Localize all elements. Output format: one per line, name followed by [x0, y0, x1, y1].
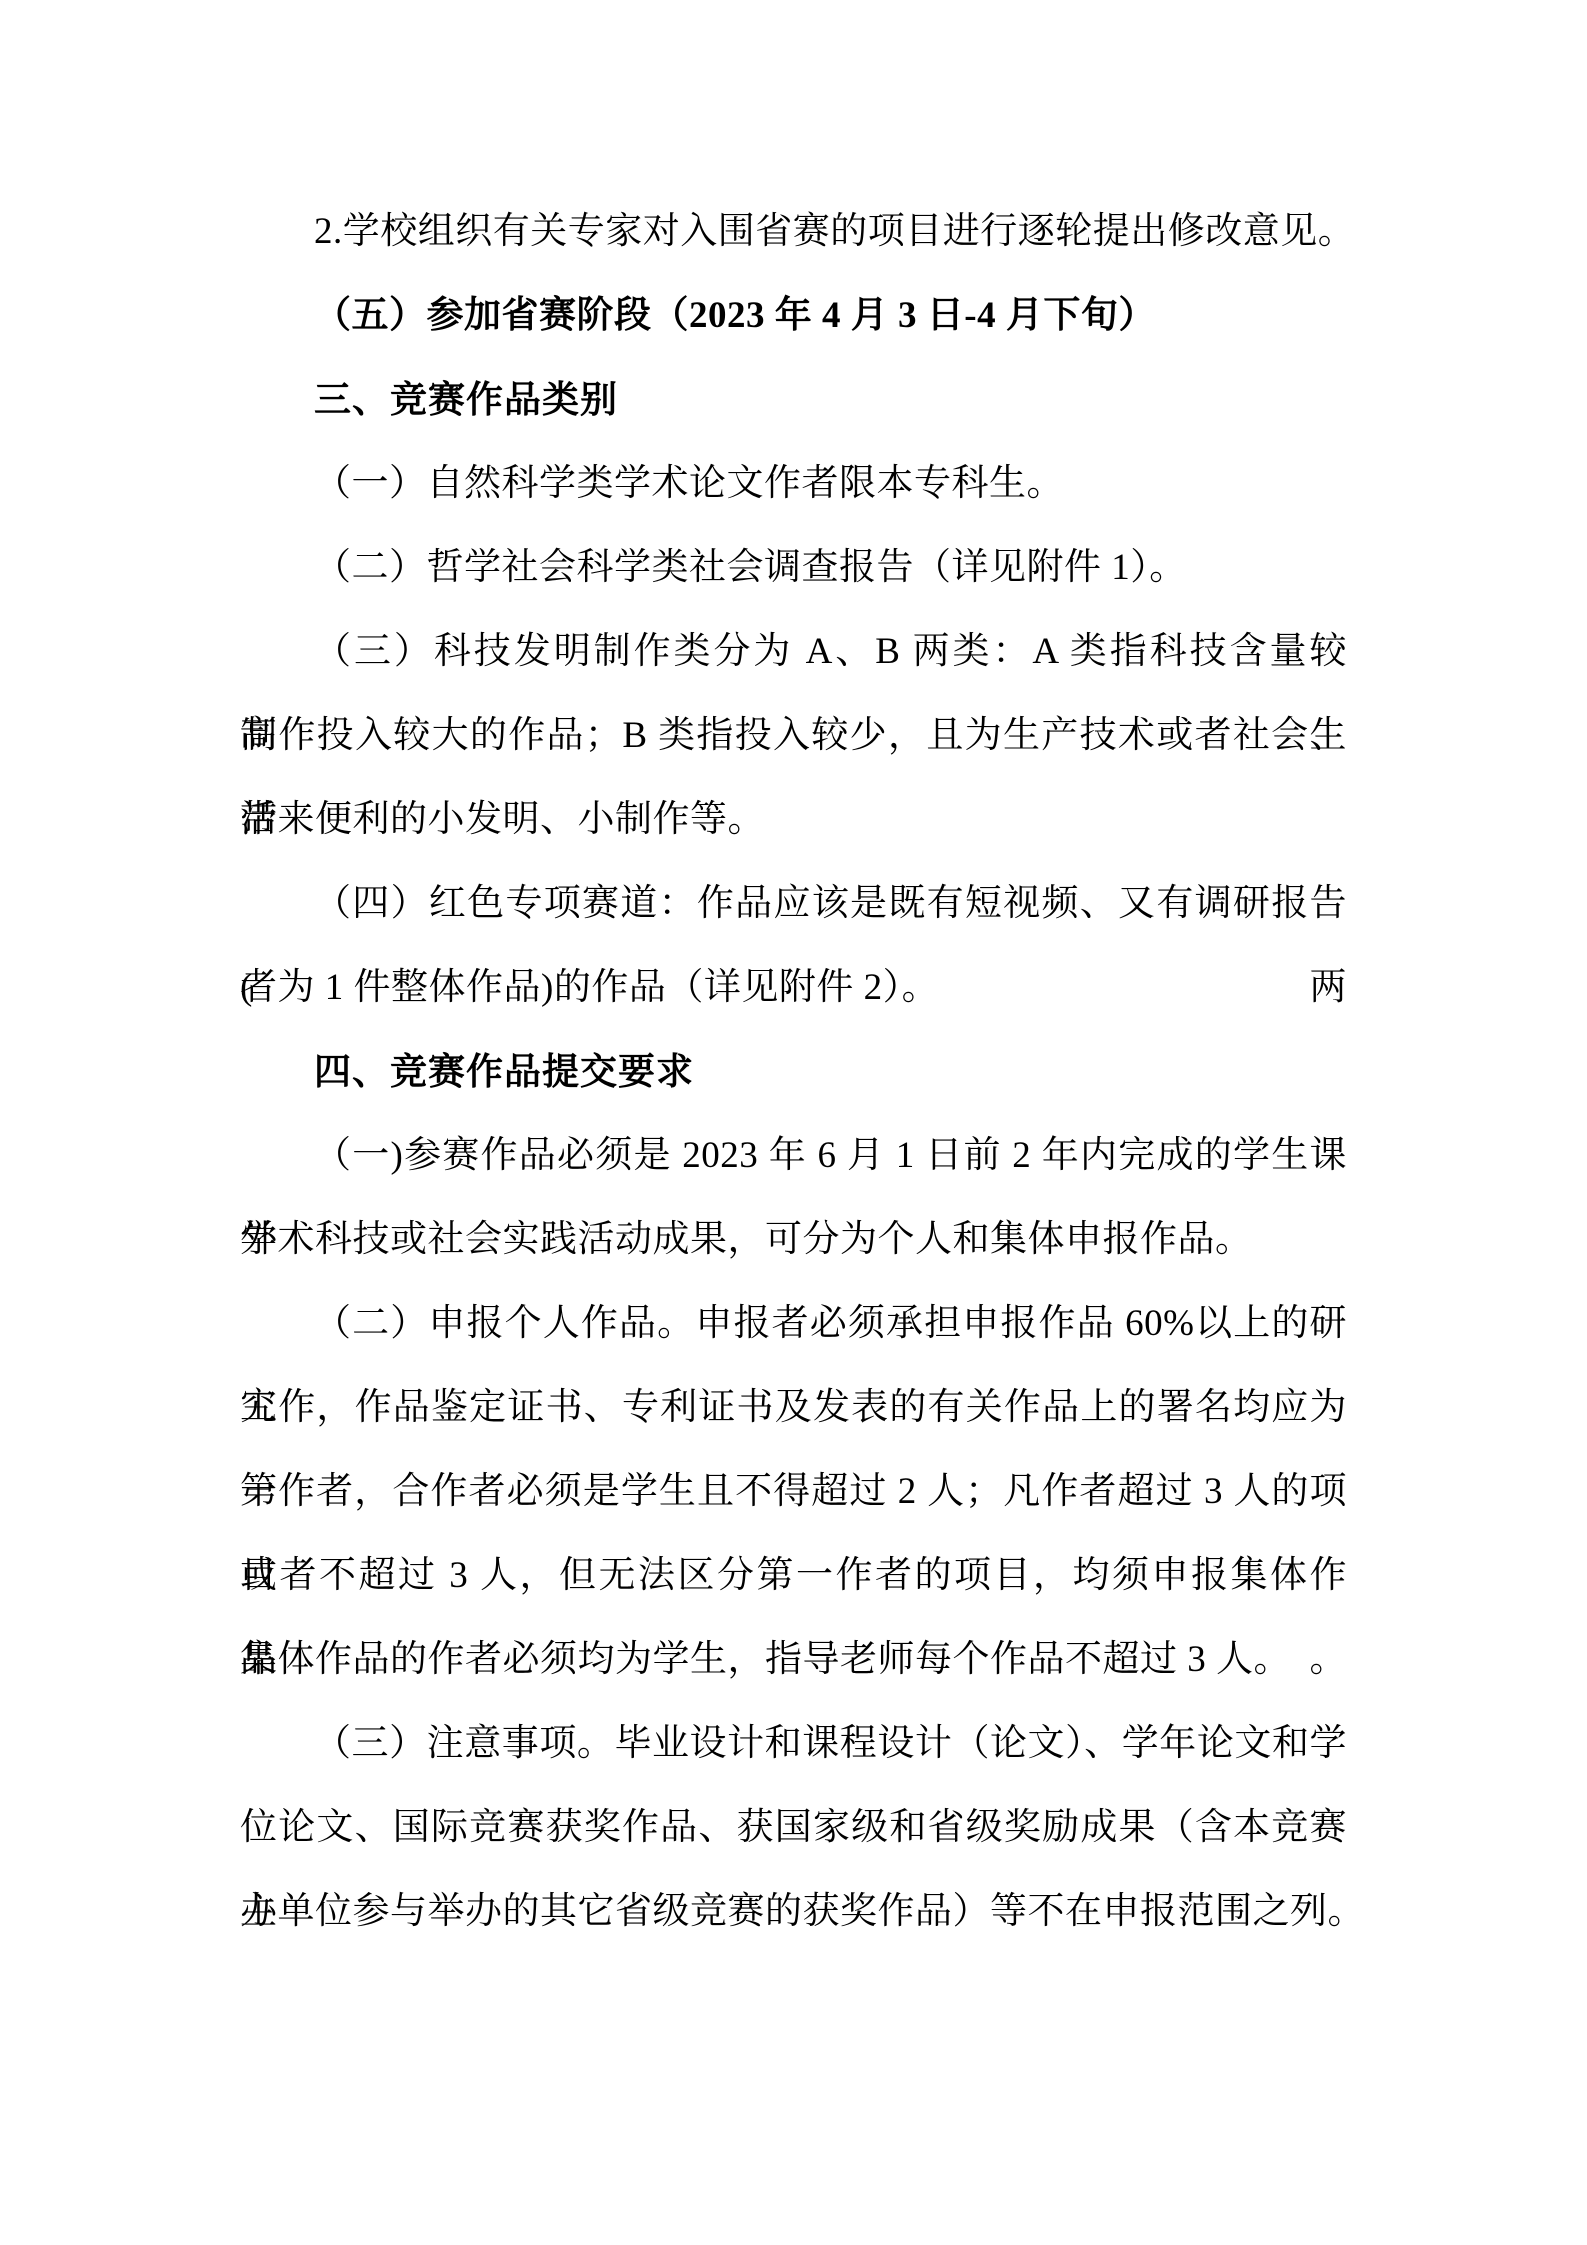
stage-heading: （五）参加省赛阶段（2023 年 4 月 3 日-4 月下旬）: [240, 274, 1347, 358]
paragraph-line: （二）哲学社会科学类社会调查报告（详见附件 1）。: [240, 526, 1347, 610]
paragraph-line: 制作投入较大的作品；B 类指投入较少，且为生产技术或者社会生活: [240, 694, 1347, 778]
paragraph-line: 带来便利的小发明、小制作等。: [240, 778, 1347, 862]
paragraph-line: （三）注意事项。毕业设计和课程设计（论文）、学年论文和学: [240, 1702, 1347, 1786]
paragraph-line: 集体作品的作者必须均为学生，指导老师每个作品不超过 3 人。: [240, 1618, 1347, 1702]
paragraph-line: （一）自然科学类学术论文作者限本专科生。: [240, 442, 1347, 526]
paragraph-line: （二）申报个人作品。申报者必须承担申报作品 60%以上的研究: [240, 1282, 1347, 1366]
section-heading: 三、竞赛作品类别: [240, 358, 1347, 442]
paragraph-line: （四）红色专项赛道：作品应该是既有短视频、又有调研报告(两: [240, 862, 1347, 946]
paragraph-line: （三）科技发明制作类分为 A、B 两类：A 类指科技含量较高、: [240, 610, 1347, 694]
paragraph-line: 工作，作品鉴定证书、专利证书及发表的有关作品上的署名均应为第: [240, 1366, 1347, 1450]
document-page: 2.学校组织有关专家对入围省赛的项目进行逐轮提出修改意见。（五）参加省赛阶段（2…: [0, 0, 1587, 2245]
paragraph-line: 2.学校组织有关专家对入围省赛的项目进行逐轮提出修改意见。: [240, 190, 1347, 274]
paragraph-line: 位论文、国际竞赛获奖作品、获国家级和省级奖励成果（含本竞赛主: [240, 1786, 1347, 1870]
paragraph-line: 一作者，合作者必须是学生且不得超过 2 人；凡作者超过 3 人的项目: [240, 1450, 1347, 1534]
document-body: 2.学校组织有关专家对入围省赛的项目进行逐轮提出修改意见。（五）参加省赛阶段（2…: [240, 190, 1347, 1954]
paragraph-line: （一)参赛作品必须是 2023 年 6 月 1 日前 2 年内完成的学生课外: [240, 1114, 1347, 1198]
paragraph-line: 学术科技或社会实践活动成果，可分为个人和集体申报作品。: [240, 1198, 1347, 1282]
paragraph-line: 办单位参与举办的其它省级竞赛的获奖作品）等不在申报范围之列。: [240, 1870, 1347, 1954]
paragraph-line: 或者不超过 3 人，但无法区分第一作者的项目，均须申报集体作品。: [240, 1534, 1347, 1618]
section-heading: 四、竞赛作品提交要求: [240, 1030, 1347, 1114]
